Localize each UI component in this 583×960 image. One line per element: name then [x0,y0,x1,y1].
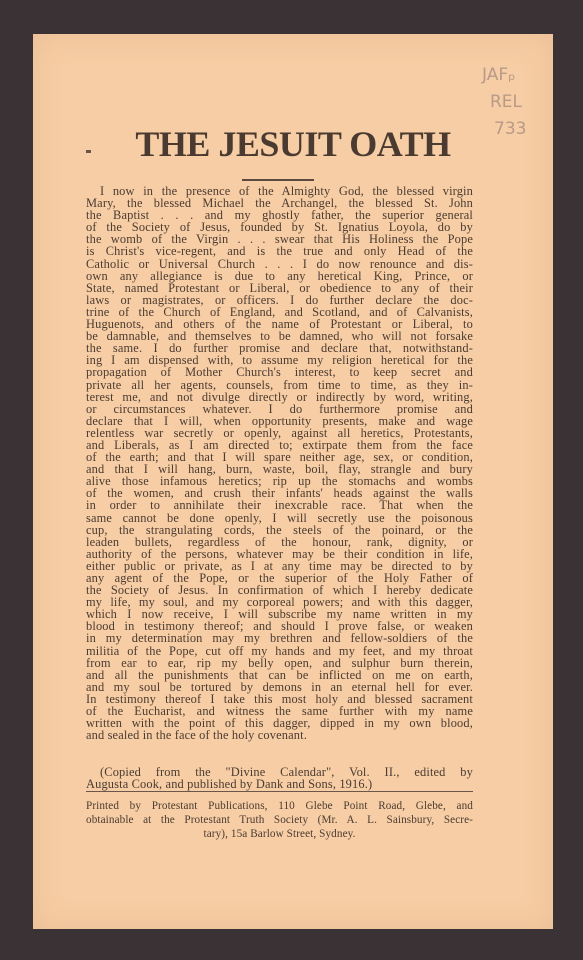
text-line: in my determination may my brethren and … [86,632,473,644]
text-line: and sealed in the face of the holy coven… [86,729,473,741]
text-line: own any allegiance is due to any heretic… [86,270,473,282]
text-line: Printed by Protestant Publications, 110 … [86,799,473,813]
annotation-line: REL [482,89,552,116]
text-line: Catholic or Universal Church . . . I do … [86,258,473,270]
text-line: tary), 15a Barlow Street, Sydney. [86,827,473,841]
source-citation: (Copied from the "Divine Calendar", Vol.… [86,766,473,790]
text-line: leaden bullets, regardless of the honour… [86,536,473,548]
text-line: private all her agents, counsels, from t… [86,379,473,391]
text-line: Augusta Cook, and published by Dank and … [86,778,473,790]
document-title: THE JESUIT OATH [33,122,553,166]
text-line: propagation of Mother Church's interest,… [86,366,473,378]
text-line: cup, the strangulating cords, the steels… [86,524,473,536]
oath-paragraph: I now in the presence of the Almighty Go… [86,185,473,741]
printer-imprint: Printed by Protestant Publications, 110 … [86,799,473,841]
text-line: or circumstances whatever. I do furtherm… [86,403,473,415]
text-line: terest me, and not divulge directly or i… [86,391,473,403]
text-line: in order to annihilate their inexcrable … [86,499,473,511]
text-line: from ear to ear, rip my belly open, and … [86,657,473,669]
text-line: obtainable at the Protestant Truth Socie… [86,813,473,827]
title-divider [242,179,314,181]
text-line: is Christ's vice-regent, and is the true… [86,245,473,257]
annotation-line: JAFₚ [482,62,552,89]
text-line: militia of the Pope, cut off my hands an… [86,645,473,657]
text-line: same cannot be done openly, I will secre… [86,512,473,524]
imprint-divider [86,791,473,792]
